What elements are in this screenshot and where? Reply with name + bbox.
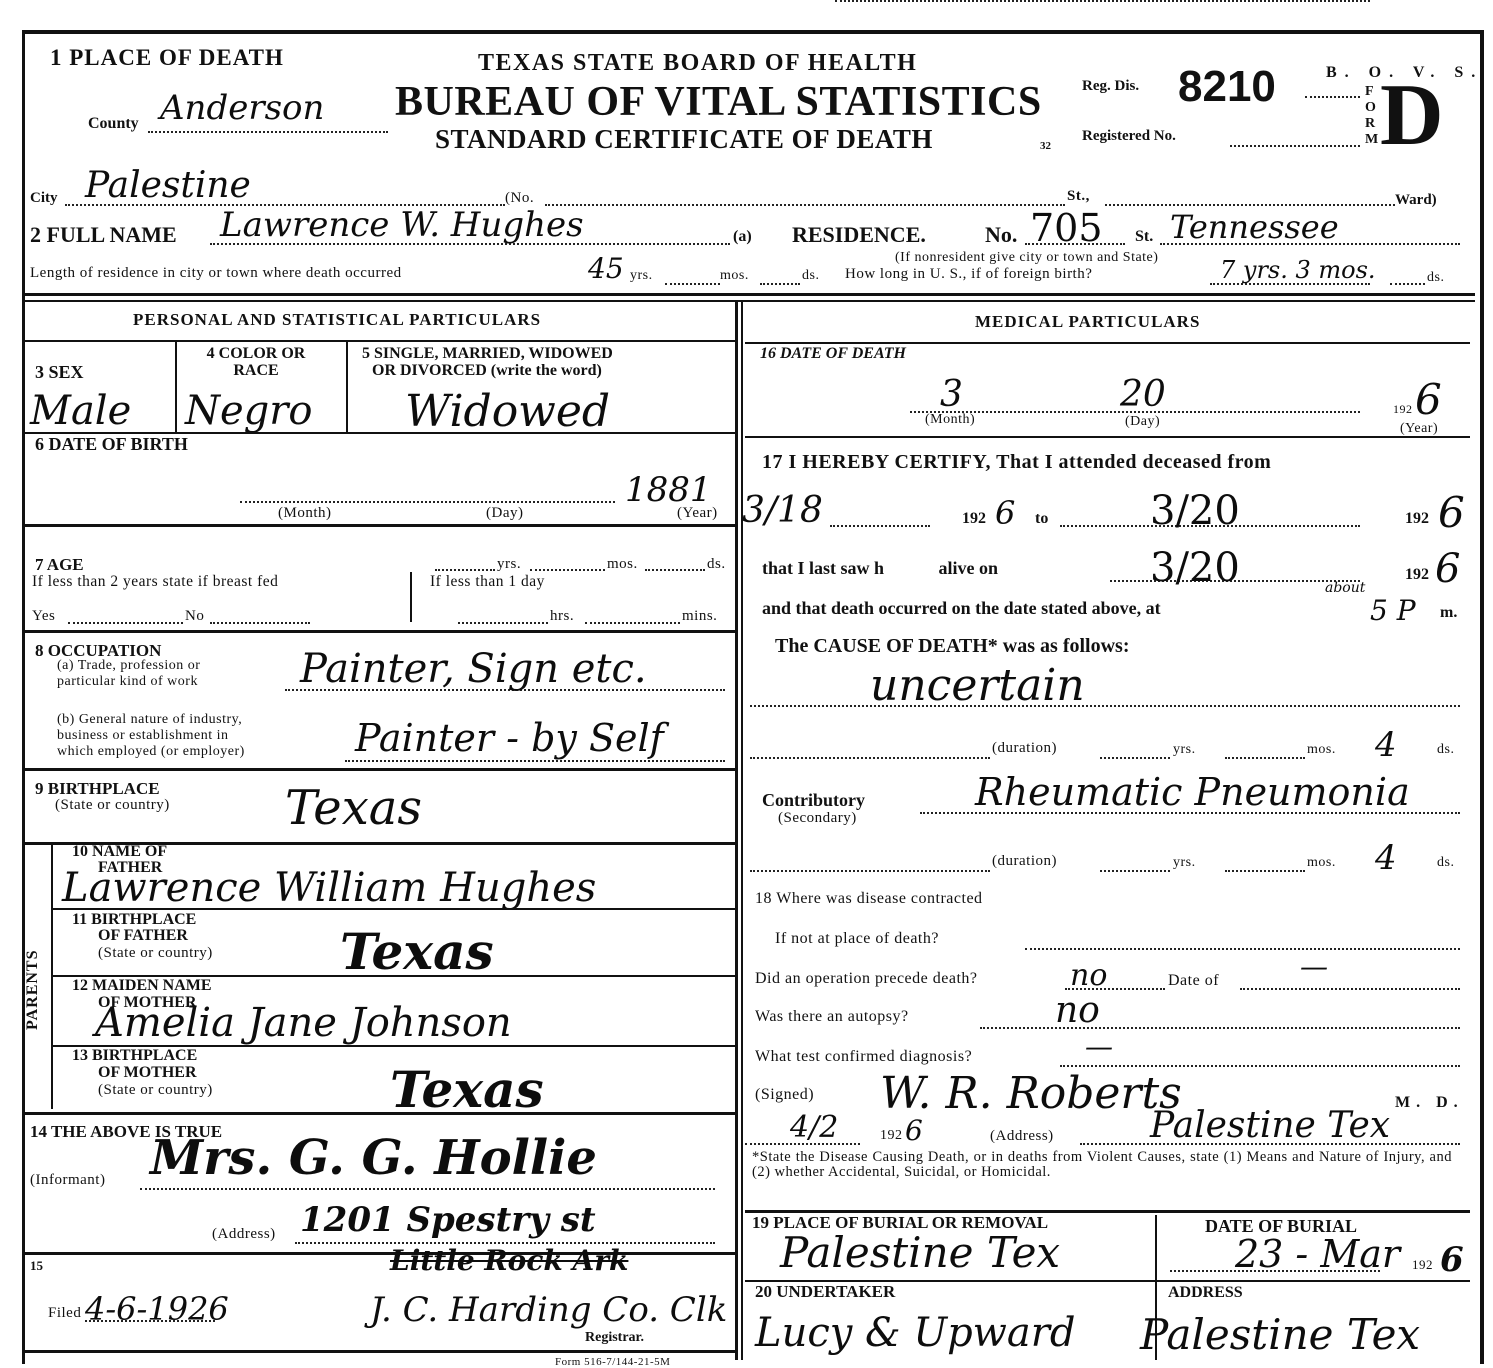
to-label: to [1035,510,1048,528]
last-saw-year-prefix: 192 [1405,566,1429,584]
divider [52,908,735,910]
informant-line [140,1188,715,1190]
registrar-signature[interactable]: J. C. Harding Co. Clk [370,1290,727,1330]
reg-dis-label: Reg. Dis. [1082,78,1139,95]
form-footer: Form 516-7/144-21-5M [555,1356,670,1368]
full-name-label: 2 FULL NAME [30,222,177,248]
city-label: City [30,190,58,207]
divider [745,342,1470,344]
dod-year-prefix: 192 [1393,402,1413,417]
divider [25,1350,735,1353]
father-name-label-1: 10 NAME OF [72,844,167,859]
secondary-label: (Secondary) [778,810,857,827]
hrs-label: hrs. [550,608,574,625]
occupation-b-label-1: (b) General nature of industry, [57,712,242,728]
registrar-label: Registrar. [585,1330,644,1346]
last-saw-text-2: alive on [934,558,998,578]
autopsy-value[interactable]: no [1055,990,1100,1031]
contributory-mos-label: mos. [1307,855,1336,871]
burial-place-value[interactable]: Palestine Tex [780,1228,1060,1277]
divider [25,300,1475,302]
personal-section-title: PERSONAL AND STATISTICAL PARTICULARS [133,310,541,330]
date-of-label: Date of [1168,972,1219,990]
informant-label: (Informant) [30,1172,105,1189]
father-birthplace-label-1: 11 BIRTHPLACE [72,912,196,928]
length-mos-label: mos. [720,268,749,284]
no-label: No [185,608,204,625]
not-at-place-field[interactable] [1025,948,1460,950]
breast-fed-no-field[interactable] [210,622,310,624]
race-label-1: 4 COLOR OR [186,345,326,363]
residence-label: RESIDENCE. [792,222,926,248]
contributory-ds-label: ds. [1437,855,1454,871]
residence-st-value[interactable]: Tennessee [1170,208,1339,246]
age-yrs-field[interactable] [435,569,495,571]
father-birthplace-label-2: OF FATHER [98,928,188,944]
age-ds-field[interactable] [645,569,705,571]
filed-value[interactable]: 4-6-1926 [85,1290,229,1328]
age-mos-label: mos. [607,556,638,573]
informant-address-line2[interactable]: Little Rock Ark [390,1244,628,1277]
divider [410,572,412,622]
where-contracted-label: 18 Where was disease contracted [755,890,983,908]
residence-prefix: (a) [733,228,752,246]
contributory-label: Contributory [762,790,865,811]
signed-year-prefix: 192 [880,1128,903,1144]
contributory-yrs-field[interactable] [1100,870,1170,872]
dod-label: 16 DATE OF DEATH [760,345,906,363]
attended-from-line [830,525,930,527]
contributory-mos-field[interactable] [1225,870,1305,872]
age-yrs-label: yrs. [497,556,521,573]
mother-birthplace-label-2: OF MOTHER [98,1065,197,1081]
signed-year[interactable]: 6 [905,1114,923,1147]
full-name-value[interactable]: Lawrence W. Hughes [220,205,584,245]
cause-mos-field[interactable] [1225,757,1305,759]
contributory-duration-ds[interactable]: 4 [1375,838,1397,878]
county-value[interactable]: Anderson [160,88,324,128]
informant-address-label: (Address) [212,1226,276,1243]
stamp-mark: 32 [1040,140,1051,152]
cause-duration-label: (duration) [992,740,1057,757]
length-mos-field[interactable] [665,283,720,285]
burial-year-prefix: 192 [1412,1257,1433,1273]
race-value[interactable]: Negro [185,388,312,434]
date-of-value[interactable]: — [1300,950,1328,983]
divider [25,524,735,527]
form-letter: D [1380,72,1444,160]
sex-label: 3 SEX [35,362,84,383]
attended-to-year[interactable]: 6 [1438,488,1465,537]
cause-duration-ds[interactable]: 4 [1375,725,1397,765]
registered-no-label: Registered No. [1082,128,1176,145]
dob-year-label: (Year) [677,505,718,522]
certificate-title: STANDARD CERTIFICATE OF DEATH [435,124,933,155]
physician-signature[interactable]: W. R. Roberts [880,1068,1182,1119]
mins-field[interactable] [585,622,680,624]
dod-month-label: (Month) [925,412,975,428]
father-name-value[interactable]: Lawrence William Hughes [62,865,596,911]
divider [745,436,1470,438]
reg-dis-value[interactable]: 8210 [1178,62,1276,112]
county-label: County [88,115,139,133]
medical-section-title: MEDICAL PARTICULARS [975,312,1200,332]
cause-line [750,705,1460,707]
length-yrs-label: yrs. [630,268,653,284]
divider [25,1252,735,1255]
cause-value[interactable]: uncertain [870,660,1085,711]
dob-label: 6 DATE OF BIRTH [35,434,188,455]
ward-line[interactable] [1105,204,1395,206]
divider [25,340,735,342]
mother-birthplace-value[interactable]: Texas [390,1060,544,1119]
city-value[interactable]: Palestine [85,165,251,206]
divider [175,342,177,432]
attended-from-date[interactable]: 3/18 [742,490,823,531]
last-saw-text-1: that I last saw h [762,558,884,578]
age-ds-label: ds. [707,556,726,573]
divider [25,1112,735,1115]
father-birthplace-value[interactable]: Texas [340,922,494,981]
undertaker-label: 20 UNDERTAKER [755,1282,895,1302]
cause-mos-label: mos. [1307,742,1336,758]
not-at-place-label: If not at place of death? [775,930,939,948]
contributory-value[interactable]: Rheumatic Pneumonia [975,770,1410,814]
marital-label-1: 5 SINGLE, MARRIED, WIDOWED [362,345,613,363]
autopsy-line [980,1027,1460,1029]
attended-from-year[interactable]: 6 [995,494,1015,532]
dob-day-label: (Day) [486,505,523,522]
informant-address-value[interactable]: 1201 Spestry st [300,1200,596,1240]
undertaker-address-value[interactable]: Palestine Tex [1140,1310,1420,1359]
dod-month-value[interactable]: 3 [940,374,963,415]
us-ds-label: ds. [1427,270,1444,286]
length-ds-field[interactable] [760,283,800,285]
certify-label: 17 I HEREBY CERTIFY, That I attended dec… [762,451,1271,474]
last-saw-label: that I last saw h alive on [762,558,998,579]
occupation-a-value[interactable]: Painter, Sign etc. [300,646,647,692]
bureau-title: BUREAU OF VITAL STATISTICS [395,78,1042,126]
signed-line [835,0,1370,2]
attended-to-date[interactable]: 3/20 [1150,488,1240,534]
burial-year[interactable]: 6 [1440,1240,1464,1280]
mother-name-value[interactable]: Amelia Jane Johnson [95,1000,512,1046]
attended-from-year-prefix: 192 [962,510,986,528]
attended-to-year-prefix: 192 [1405,510,1429,528]
us-residence-value[interactable]: 7 yrs. 3 mos. [1220,256,1376,284]
age-label: 7 AGE [35,555,84,575]
test-label: What test confirmed diagnosis? [755,1048,972,1066]
cause-ds-label: ds. [1437,742,1454,758]
contributory-duration-label: (duration) [992,853,1057,870]
cause-yrs-label: yrs. [1173,742,1196,758]
occupation-b-value[interactable]: Painter - by Self [355,716,664,760]
reg-dis-line [1305,96,1360,98]
signed-date[interactable]: 4/2 [790,1110,838,1145]
occupation-a-label-2: particular kind of work [57,674,198,690]
no-line[interactable] [545,204,1065,206]
last-saw-value[interactable]: 3/20 [1150,545,1240,591]
md-label: M. D. [1395,1094,1464,1112]
marital-label-2: OR DIVORCED (write the word) [372,362,602,380]
parents-side-label: PARENTS [24,950,42,1031]
operation-label: Did an operation precede death? [755,970,978,988]
dob-month-label: (Month) [278,505,332,522]
residence-no-value[interactable]: 705 [1030,206,1103,250]
divider [25,293,1475,296]
filed-label: Filed [48,1305,81,1322]
dod-day-value[interactable]: 20 [1120,374,1166,415]
birthplace-value[interactable]: Texas [285,780,422,836]
death-time-suffix: m. [1440,604,1457,622]
cause-label: The CAUSE OF DEATH* was as follows: [775,635,1129,658]
marital-value[interactable]: Widowed [405,386,610,437]
board-title: TEXAS STATE BOARD OF HEALTH [478,50,917,77]
sex-value[interactable]: Male [30,388,131,434]
nonresident-note: (If nonresident give city or town and St… [895,250,1158,266]
physician-address-value[interactable]: Palestine Tex [1150,1105,1390,1146]
physician-address-label: (Address) [990,1128,1054,1145]
column-divider [735,300,738,1360]
residence-st-label: St. [1135,228,1153,246]
length-ds-label: ds. [802,268,819,284]
mins-label: mins. [682,608,717,625]
cause-footnote: *State the Disease Causing Death, or in … [752,1150,1452,1180]
length-residence-label: Length of residence in city or town wher… [30,265,402,282]
birthplace-sub: (State or country) [55,797,170,814]
divider [346,342,348,432]
us-residence-label: How long in U. S., if of foreign birth? [845,266,1092,283]
st-label: St., [1067,188,1090,205]
autopsy-label: Was there an autopsy? [755,1008,909,1026]
us-ds-line [1390,283,1425,285]
ward-label: Ward) [1395,192,1437,209]
cause-duration-line [750,757,990,759]
column-divider [741,300,743,1360]
dod-year-value[interactable]: 6 [1415,375,1442,424]
mother-name-label-1: 12 MAIDEN NAME [72,978,212,994]
birthplace-label: 9 BIRTHPLACE [35,779,160,799]
divider [25,630,735,633]
registered-no-field[interactable] [1230,145,1360,147]
dod-day-label: (Day) [1125,414,1160,430]
age-mos-field[interactable] [530,569,605,571]
undertaker-value[interactable]: Lucy & Upward [755,1310,1076,1356]
less-than-day-label: If less than 1 day [430,573,545,591]
contributory-yrs-label: yrs. [1173,855,1196,871]
burial-date-value[interactable]: 23 - Mar [1235,1232,1400,1276]
divider [25,768,735,771]
death-time-value[interactable]: 5 P [1370,594,1416,627]
breast-fed-label: If less than 2 years state if breast fed [32,573,278,591]
operation-value[interactable]: no [1070,958,1107,993]
test-line [1060,1065,1460,1067]
test-value[interactable]: — [1085,1030,1113,1063]
dod-year-label: (Year) [1400,421,1438,437]
father-birthplace-sub: (State or country) [98,945,213,962]
yes-label: Yes [32,608,55,625]
informant-value[interactable]: Mrs. G. G. Hollie [150,1130,597,1186]
hrs-field[interactable] [458,622,548,624]
dob-month-day-field[interactable] [240,501,615,503]
occupation-b-label-3: which employed (or employer) [57,744,245,760]
place-of-death-heading: 1 PLACE OF DEATH [50,45,284,71]
race-label-2: RACE [186,362,326,380]
cause-yrs-field[interactable] [1100,757,1170,759]
occupation-b-line [345,760,725,762]
occupation-b-label-2: business or establishment in [57,728,229,744]
dob-year-value[interactable]: 1881 [625,470,712,510]
filing-number: 15 [30,1258,43,1274]
mother-birthplace-sub: (State or country) [98,1082,213,1099]
residence-no-label: No. [985,222,1017,248]
mother-birthplace-label-1: 13 BIRTHPLACE [72,1048,197,1064]
last-saw-year[interactable]: 6 [1435,546,1460,592]
length-residence-years[interactable]: 45 [588,252,624,285]
contributory-duration-line [750,870,990,872]
breast-fed-yes-field[interactable] [68,622,183,624]
undertaker-address-label: ADDRESS [1168,1284,1243,1302]
occupation-a-label-1: (a) Trade, profession or [57,658,200,674]
form-vertical-label: FORM [1365,84,1377,148]
death-time-note: about [1325,580,1365,596]
county-line [148,131,388,133]
death-time-label: and that death occurred on the date stat… [762,598,1161,619]
date-of-line [1240,988,1460,990]
signed-label: (Signed) [755,1086,814,1104]
